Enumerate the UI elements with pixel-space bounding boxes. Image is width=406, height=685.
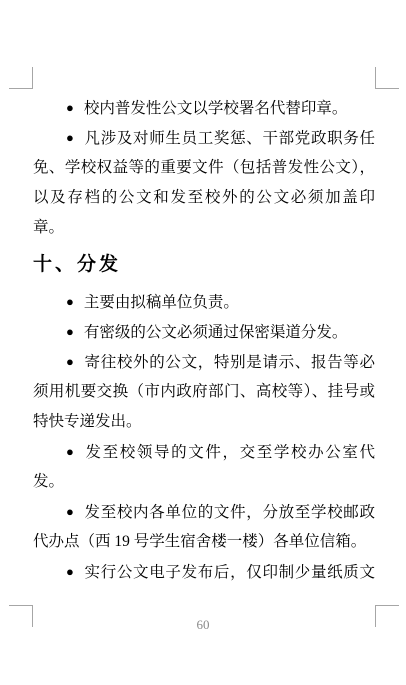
text-line: ●校内普发性公文以学校署名代替印章。 — [33, 93, 375, 123]
document-page: ●校内普发性公文以学校署名代替印章。●凡涉及对师生员工奖惩、干部党政职务任免、学… — [0, 0, 406, 685]
bullet-icon: ● — [66, 504, 75, 519]
text-line: ●发至校内各单位的文件，分放至学校邮政 — [33, 497, 375, 527]
text-line: 章。 — [33, 213, 375, 243]
text-line: 代办点（西 19 号学生宿舍楼一楼）各单位信箱。 — [33, 527, 375, 557]
text-line: ●实行公文电子发布后，仅印制少量纸质文 — [33, 557, 375, 587]
bullet-icon: ● — [66, 130, 75, 145]
text-line-content: 发至校领导的文件，交至学校办公室代 — [85, 444, 375, 461]
text-line: ●发至校领导的文件，交至学校办公室代 — [33, 437, 375, 467]
bullet-icon: ● — [66, 100, 74, 115]
text-line: 以及存档的公文和发至校外的公文必须加盖印 — [33, 183, 375, 213]
text-line-content: 凡涉及对师生员工奖惩、干部党政职务任 — [85, 130, 375, 147]
bullet-icon: ● — [66, 294, 74, 309]
text-line-content: 实行公文电子发布后，仅印制少量纸质文 — [85, 564, 375, 581]
text-line: 须用机要交换（市内政府部门、高校等）、挂号或 — [33, 377, 375, 407]
text-line: 免、学校权益等的重要文件（包括普发性公文）， — [33, 153, 375, 183]
text-line-content: 有密级的公文必须通过保密渠道分发。 — [84, 324, 348, 341]
text-line-content: 发至校内各单位的文件，分放至学校邮政 — [85, 504, 375, 521]
bullet-icon: ● — [66, 444, 75, 459]
text-line: ●凡涉及对师生员工奖惩、干部党政职务任 — [33, 123, 375, 153]
bullet-icon: ● — [66, 354, 75, 369]
text-line: 发。 — [33, 467, 375, 497]
text-line: ●主要由拟稿单位负责。 — [33, 287, 375, 317]
text-line-content: 寄往校外的公文，特别是请示、报告等必 — [85, 354, 375, 371]
text-line: 特快专递发出。 — [33, 407, 375, 437]
section-heading: 十、分发 — [33, 249, 375, 281]
text-boundary-mark-top-left — [9, 67, 33, 89]
bullet-icon: ● — [66, 564, 75, 579]
document-body: ●校内普发性公文以学校署名代替印章。●凡涉及对师生员工奖惩、干部党政职务任免、学… — [33, 93, 375, 587]
text-line-content: 校内普发性公文以学校署名代替印章。 — [84, 100, 348, 117]
text-line: ●有密级的公文必须通过保密渠道分发。 — [33, 317, 375, 347]
text-boundary-mark-top-right — [375, 67, 399, 89]
text-line: ●寄往校外的公文，特别是请示、报告等必 — [33, 347, 375, 377]
bullet-icon: ● — [66, 324, 74, 339]
text-line-content: 主要由拟稿单位负责。 — [84, 294, 239, 311]
page-number: 60 — [0, 617, 406, 633]
